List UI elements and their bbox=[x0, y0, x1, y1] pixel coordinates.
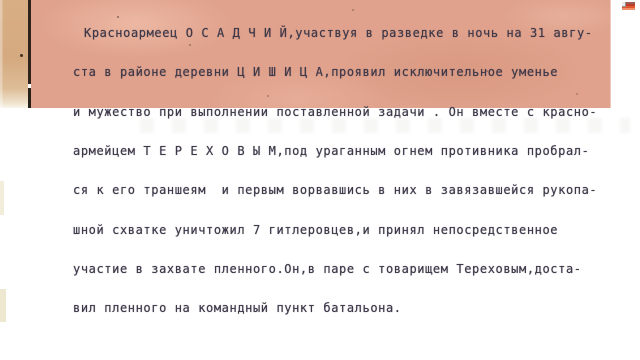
document-text: Красноармеец О С А Д Ч И Й,участвуя в ра… bbox=[73, 1, 597, 341]
document-text-line: и мужество при выполнении поставленной з… bbox=[73, 106, 597, 119]
document-text-line: армейцем Т Е Р Е Х О В Ы М,под ураганным… bbox=[73, 145, 597, 158]
left-margin-mark bbox=[0, 289, 6, 322]
document-text-line: участие в захвате пленного.Он,в паре с т… bbox=[73, 263, 597, 276]
document-text-line: ста в районе деревни Ц И Ш И Ц А,проявил… bbox=[73, 66, 597, 79]
document-left-margin bbox=[0, 0, 28, 108]
document-text-line: Красноармеец О С А Д Ч И Й,участвуя в ра… bbox=[73, 27, 597, 40]
scanned-document: Красноармеец О С А Д Ч И Й,участвуя в ра… bbox=[0, 0, 611, 108]
document-text-line: шной схватке уничтожил 7 гитлеровцев,и п… bbox=[73, 224, 597, 237]
broken-image-icon bbox=[622, 2, 635, 10]
left-margin-mark bbox=[0, 181, 4, 215]
broken-image-glyph bbox=[622, 2, 626, 7]
ink-dot bbox=[20, 54, 23, 57]
scan-smudge bbox=[140, 118, 630, 133]
document-text-line: ся к его траншеям и первым ворвавшись в … bbox=[73, 184, 597, 197]
document-text-line: вил пленного на командный пункт батальон… bbox=[73, 302, 597, 315]
document-paper: Красноармеец О С А Д Ч И Й,участвуя в ра… bbox=[31, 0, 611, 108]
paper-specks bbox=[31, 0, 33, 2]
